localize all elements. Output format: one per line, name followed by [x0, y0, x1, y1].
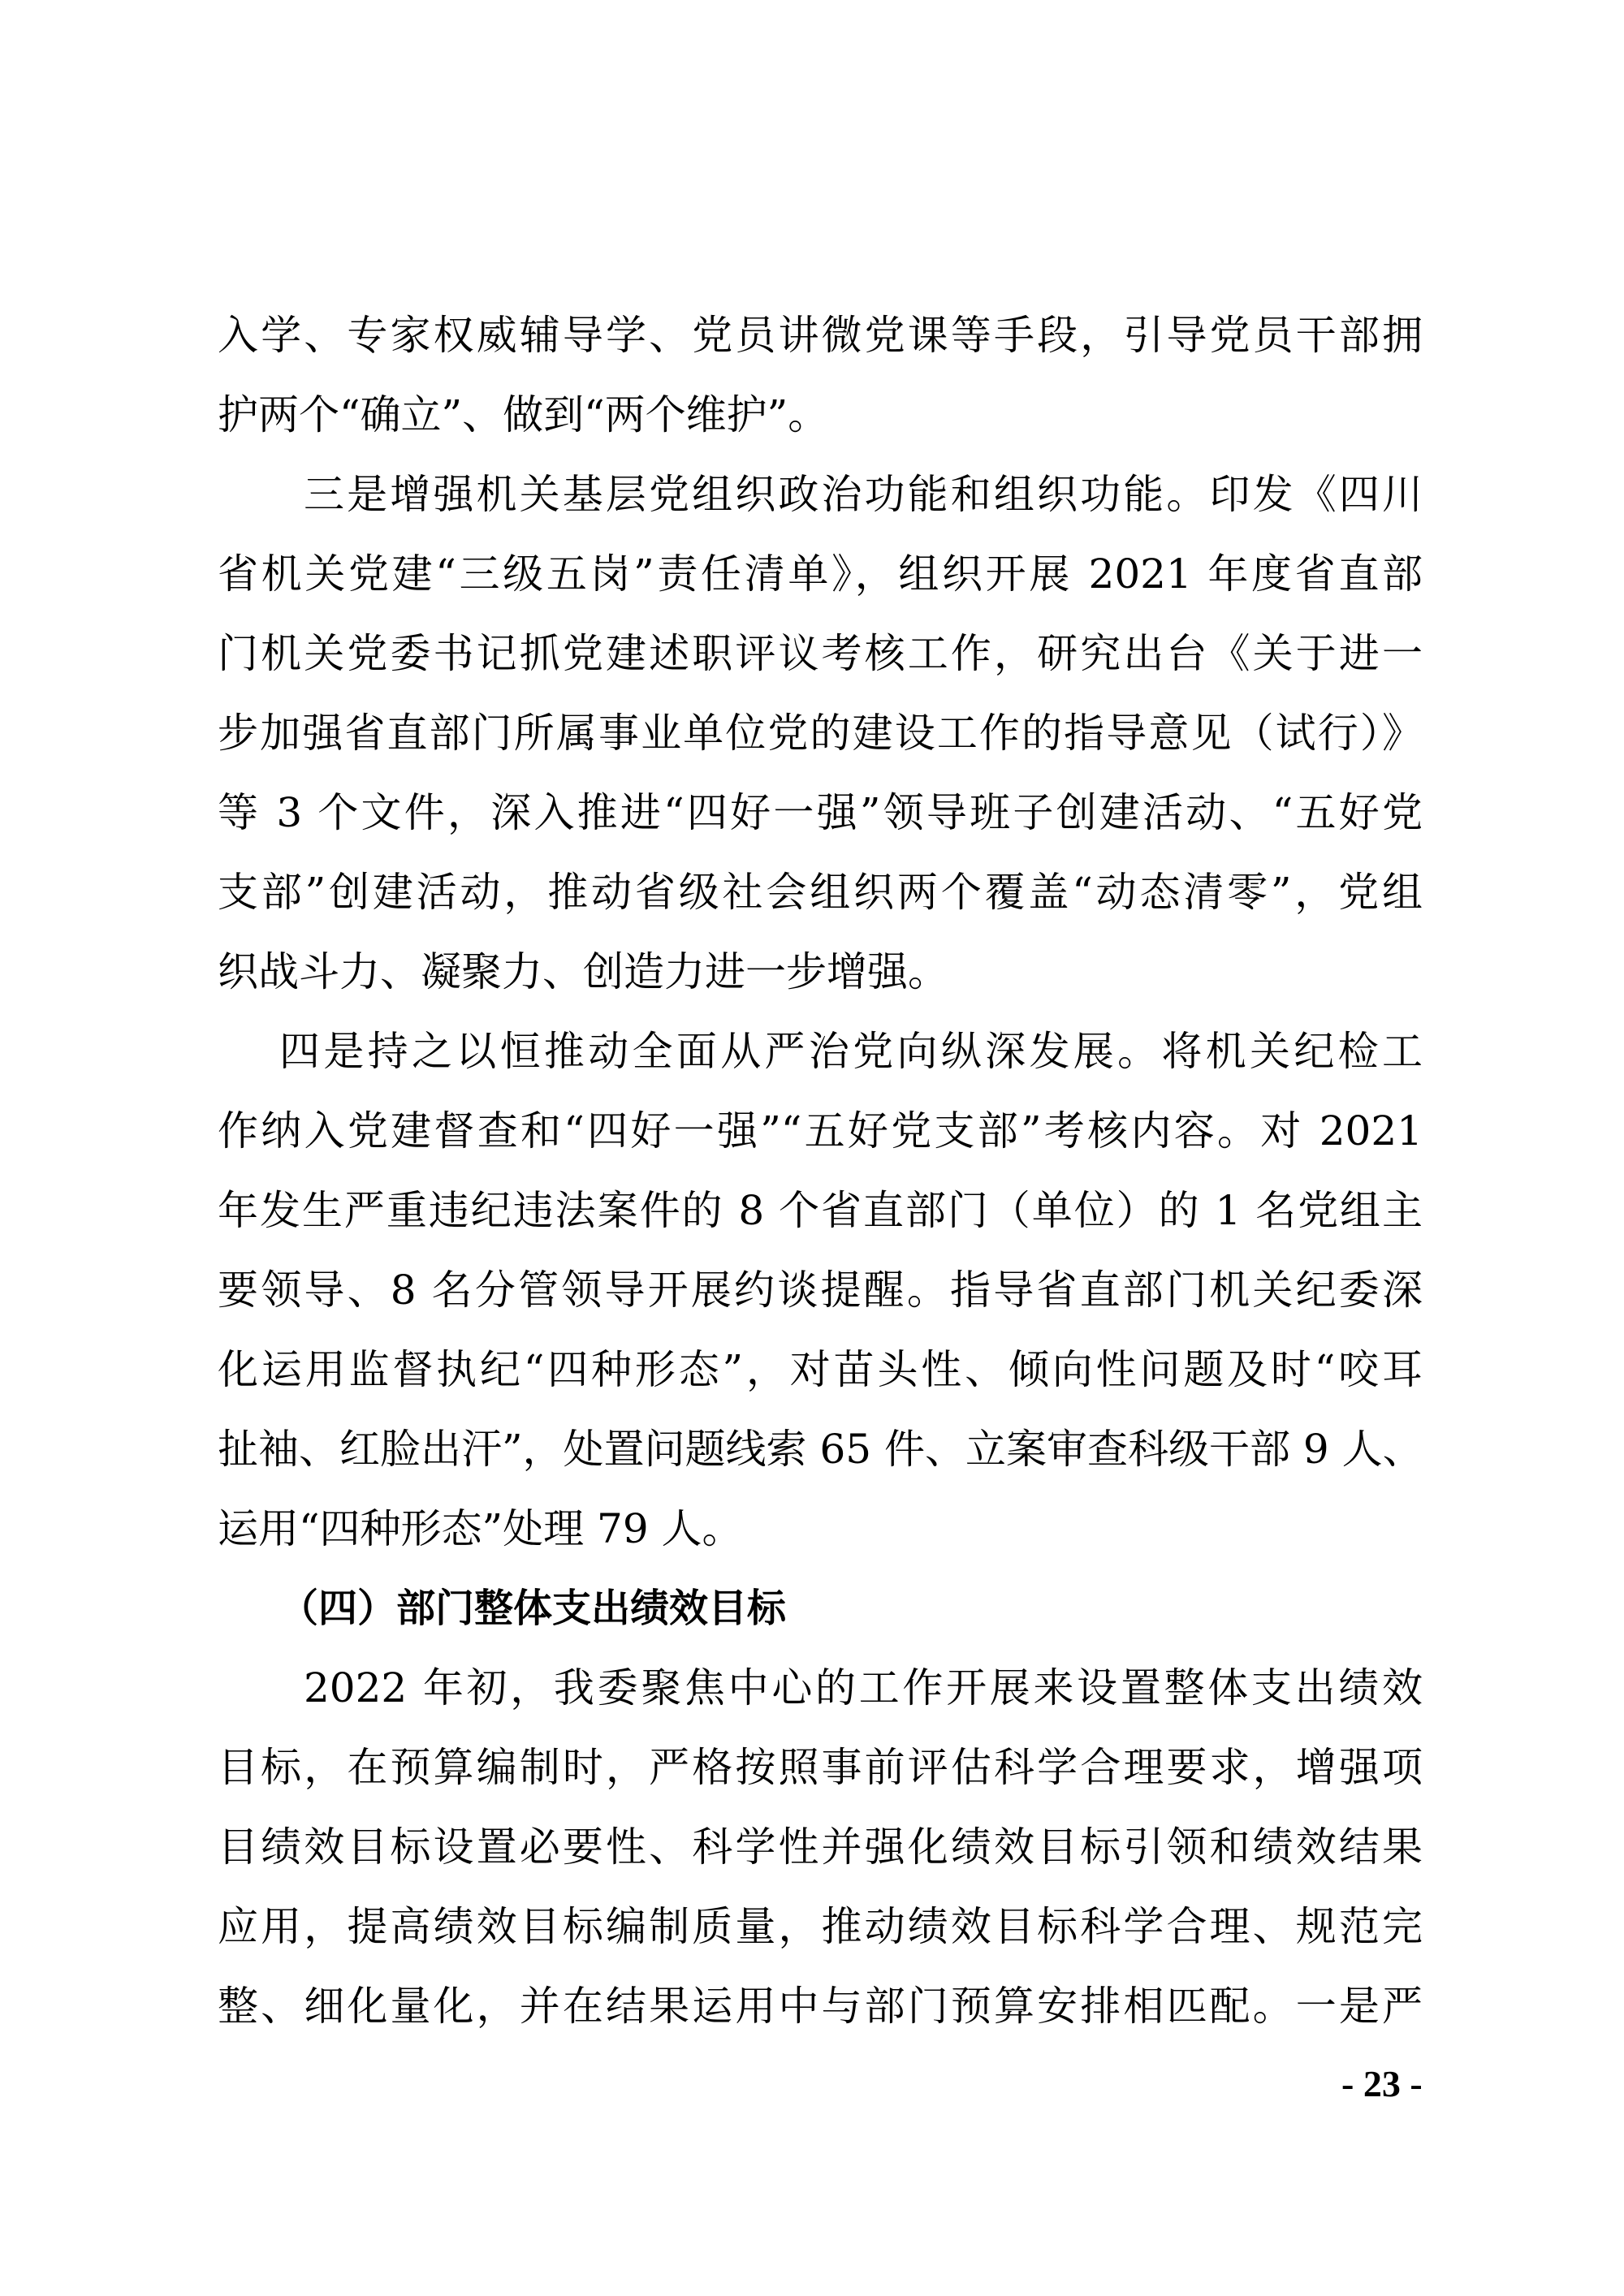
text-line: 入学、专家权威辅导学、党员讲微党课等手段，引导党员干部拥	[218, 296, 1423, 375]
text-line: 织战斗力、凝聚力、创造力进一步增强。	[218, 932, 1423, 1012]
text-line: 目绩效目标设置必要性、科学性并强化绩效目标引领和绩效结果	[218, 1807, 1423, 1887]
section-heading: （四）部门整体支出绩效目标	[279, 1569, 786, 1648]
text-line: 年发生严重违纪违法案件的 8 个省直部门（单位）的 1 名党组主	[218, 1171, 1423, 1250]
text-line: 化运用监督执纪“四种形态”，对苗头性、倾向性问题及时“咬耳	[218, 1330, 1423, 1409]
text-line: 省机关党建“三级五岗”责任清单》，组织开展 2021 年度省直部	[218, 534, 1423, 614]
text-line: 作纳入党建督查和“四好一强”“五好党支部”考核内容。对 2021	[218, 1091, 1423, 1171]
text-line: 应用，提高绩效目标编制质量，推动绩效目标科学合理、规范完	[218, 1887, 1423, 1966]
text-line: 扯袖、红脸出汗”，处置问题线索 65 件、立案审查科级干部 9 人、	[218, 1409, 1423, 1489]
text-line: 步加强省直部门所属事业单位党的建设工作的指导意见（试行）》	[218, 693, 1423, 773]
text-line: 门机关党委书记抓党建述职评议考核工作，研究出台《关于进一	[218, 614, 1423, 693]
text-line: 要领导、8 名分管领导开展约谈提醒。指导省直部门机关纪委深	[218, 1250, 1423, 1330]
text-line: 2022 年初，我委聚焦中心的工作开展来设置整体支出绩效	[218, 1648, 1423, 1728]
text-line: 整、细化量化，并在结果运用中与部门预算安排相匹配。一是严	[218, 1966, 1423, 2046]
text-line: 支部”创建活动，推动省级社会组织两个覆盖“动态清零”，党组	[218, 852, 1423, 932]
text-line: 四是持之以恒推动全面从严治党向纵深发展。将机关纪检工	[218, 1012, 1423, 1091]
text-line: 三是增强机关基层党组织政治功能和组织功能。印发《四川	[218, 455, 1423, 534]
text-line: 等 3 个文件，深入推进“四好一强”领导班子创建活动、“五好党	[218, 773, 1423, 852]
page-number: - 23 -	[1341, 2062, 1423, 2105]
text-line: 目标，在预算编制时，严格按照事前评估科学合理要求，增强项	[218, 1728, 1423, 1807]
text-line: 运用“四种形态”处理 79 人。	[218, 1489, 1423, 1569]
text-line: 护两个“确立”、做到“两个维护”。	[218, 375, 1423, 455]
